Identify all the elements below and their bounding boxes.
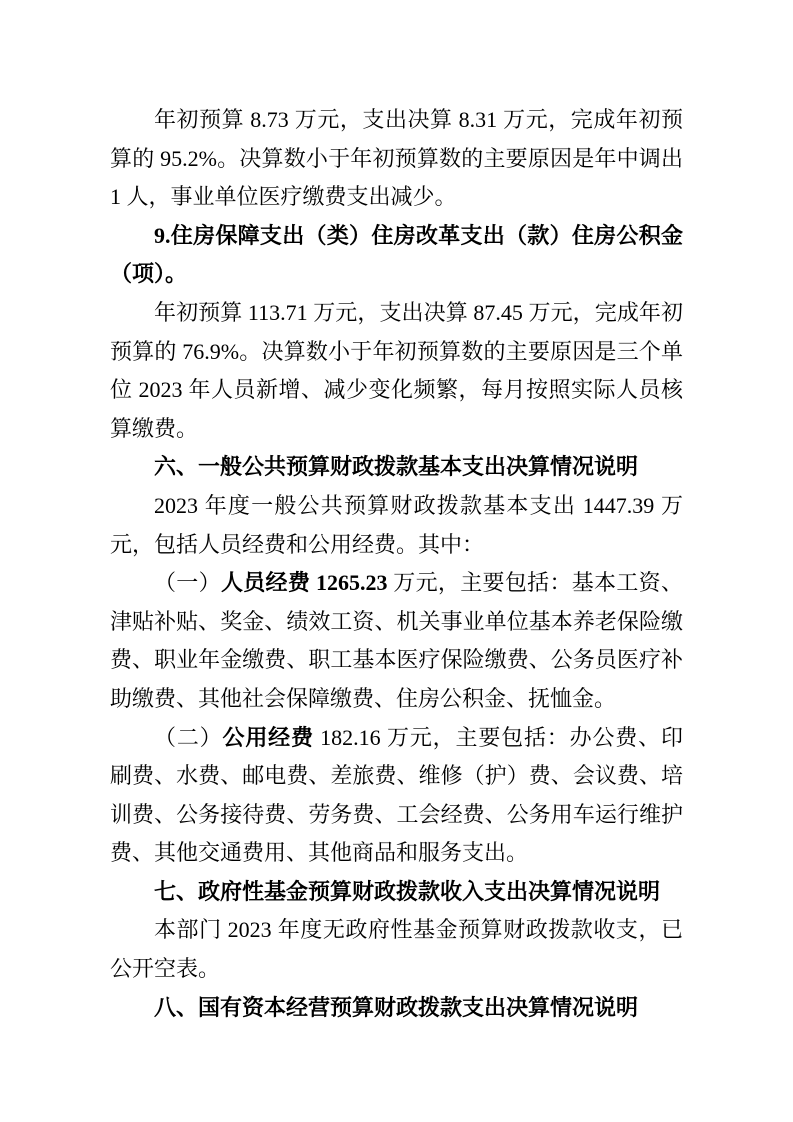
heading-section-7-gov-funds: 七、政府性基金预算财政拨款收入支出决算情况说明	[110, 873, 683, 912]
para-personnel-expenses: （一）人员经费 1265.23 万元，主要包括：基本工资、津贴补贴、奖金、绩效工…	[110, 564, 683, 718]
text-run-bold: 公用经费	[223, 725, 314, 750]
heading-housing-security: 9.住房保障支出（类）住房改革支出（款）住房公积金（项）。	[110, 217, 683, 294]
document-body: 年初预算 8.73 万元，支出决算 8.31 万元，完成年初预算的 95.2%。…	[110, 101, 683, 1027]
text-run-bold: 人员经费 1265.23	[221, 570, 388, 595]
para-housing-fund-budget: 年初预算 113.71 万元，支出决算 87.45 万元，完成年初预算的 76.…	[110, 294, 683, 448]
text-run: （二）	[154, 725, 223, 750]
para-medical-insurance-budget: 年初预算 8.73 万元，支出决算 8.31 万元，完成年初预算的 95.2%。…	[110, 101, 683, 217]
text-run: （一）	[154, 570, 221, 595]
para-gov-funds-none: 本部门 2023 年度无政府性基金预算财政拨款收支，已公开空表。	[110, 911, 683, 988]
document-page: 年初预算 8.73 万元，支出决算 8.31 万元，完成年初预算的 95.2%。…	[0, 0, 793, 1122]
para-public-expenses: （二）公用经费 182.16 万元，主要包括：办公费、印刷费、水费、邮电费、差旅…	[110, 719, 683, 873]
para-basic-expenditure-total: 2023 年度一般公共预算财政拨款基本支出 1447.39 万元，包括人员经费和…	[110, 487, 683, 564]
heading-section-8-state-capital: 八、国有资本经营预算财政拨款支出决算情况说明	[110, 989, 683, 1028]
heading-section-6-basic-expenditure: 六、一般公共预算财政拨款基本支出决算情况说明	[110, 448, 683, 487]
